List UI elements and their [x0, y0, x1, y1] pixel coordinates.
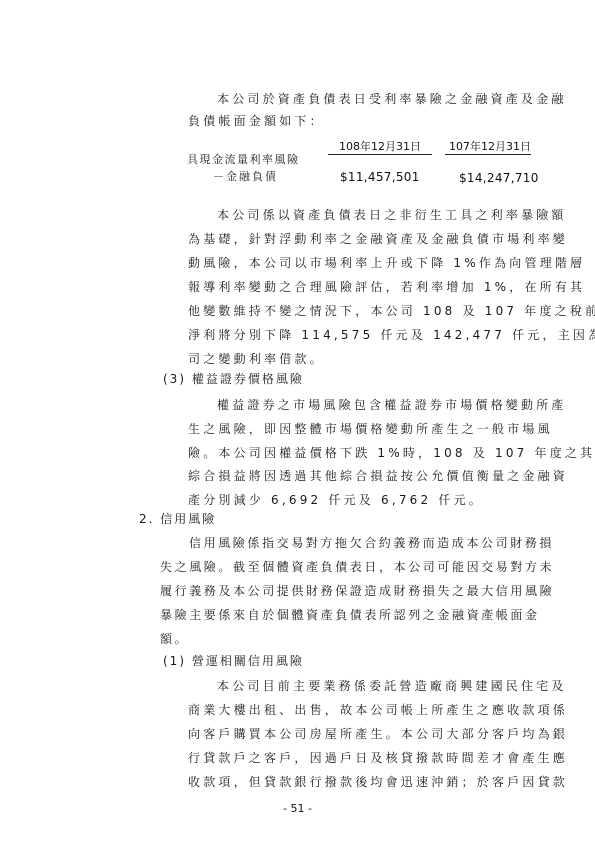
sensitivity-line-3: 動風險，本公司以市場利率上升或下降 1%作為向管理階層 [188, 256, 585, 270]
credit-risk-line-3: 履行義務及本公司提供財務保證造成財務損失之最大信用風險 [160, 584, 554, 598]
operating-credit-line-2: 商業大樓出租、出售，故本公司帳上所產生之應收款項係 [188, 703, 568, 717]
equity-risk-line-3: 險。本公司因權益價格下跌 1%時，108 及 107 年度之其他 [188, 446, 595, 460]
sensitivity-line-6: 淨利將分別下降 114,575 仟元及 142,477 仟元，主因為本公 [188, 328, 595, 342]
operating-credit-line-3: 向客戶購買本公司房屋所產生。本公司大部分客戶均為銀 [188, 727, 568, 741]
table-row-label: 具現金流量利率風險 [187, 153, 300, 167]
equity-risk-line-5: 產分別減少 6,692 仟元及 6,762 仟元。 [188, 493, 484, 507]
table-value-107: $14,247,710 [459, 171, 539, 185]
intro-line-2: 負債帳面金額如下： [188, 114, 325, 128]
credit-risk-line-5: 額。 [160, 632, 189, 646]
credit-risk-line-1: 信用風險係指交易對方拖欠合約義務而造成本公司財務損 [189, 536, 554, 550]
table-header-108: 108年12月31日 [328, 140, 432, 155]
equity-risk-line-4: 綜合損益將因透過其他綜合損益按公允價值衡量之金融資 [188, 469, 568, 483]
operating-credit-heading: (1) 營運相關信用風險 [163, 654, 304, 668]
operating-credit-line-5: 收款項，但貸款銀行撥款後均會迅速沖銷；於客戶因貸款 [188, 775, 568, 789]
table-row-sublabel: －金融負債 [213, 170, 278, 184]
sensitivity-line-1: 本公司係以資產負債表日之非衍生工具之利率暴險額 [217, 208, 567, 222]
document-page: 本公司於資產負債表日受利率暴險之金融資產及金融 負債帳面金額如下： 108年12… [0, 0, 595, 842]
equity-risk-heading: (3) 權益證券價格風險 [163, 372, 304, 386]
sensitivity-line-7: 司之變動利率借款。 [188, 352, 325, 366]
page-number: - 51 - [0, 802, 595, 815]
table-header-107: 107年12月31日 [445, 140, 531, 155]
operating-credit-line-1: 本公司目前主要業務係委託營造廠商興建國民住宅及 [217, 679, 567, 693]
sensitivity-line-4: 報導利率變動之合理風險評估，若利率增加 1%，在所有其 [188, 280, 585, 294]
operating-credit-line-4: 行貸款戶之客戶，因過戶日及核貸撥款時間差才會產生應 [188, 751, 568, 765]
equity-risk-line-1: 權益證券之市場風險包含權益證券市場價格變動所產 [217, 398, 567, 412]
intro-line-1: 本公司於資產負債表日受利率暴險之金融資產及金融 [217, 92, 567, 106]
sensitivity-line-2: 為基礎，針對浮動利率之金融資產及金融負債市場利率變 [188, 232, 568, 246]
table-value-108: $11,457,501 [340, 170, 420, 184]
sensitivity-line-5: 他變數維持不變之情況下，本公司 108 及 107 年度之稅前 [188, 304, 595, 318]
credit-risk-line-2: 失之風險。截至個體資產負債表日，本公司可能因交易對方未 [160, 560, 554, 574]
credit-risk-line-4: 暴險主要係來自於個體資產負債表所認列之金融資產帳面金 [160, 608, 540, 622]
credit-risk-heading: 2. 信用風險 [139, 512, 216, 526]
equity-risk-line-2: 生之風險，即因整體市場價格變動所產生之一般市場風 [188, 422, 553, 436]
